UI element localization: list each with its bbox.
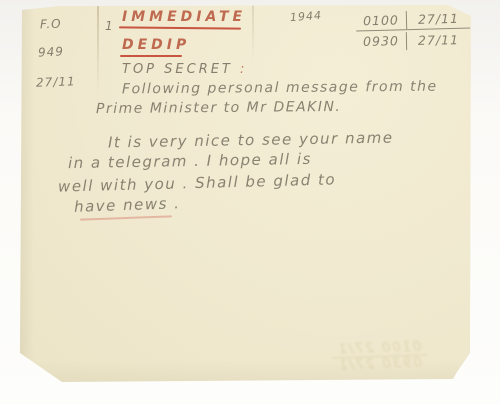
year-mark: 1944	[290, 9, 323, 24]
registry-number: 949	[38, 44, 65, 59]
message-line-4: have news .	[74, 194, 181, 216]
priority-underline	[119, 26, 241, 29]
scanned-document-page: F.O 949 27/11 1 IMMEDIATE 1944 DEDIP 010…	[0, 0, 500, 404]
log-time: 0930	[356, 32, 406, 51]
page-number-mark: 1	[105, 19, 114, 33]
log-time: 0100	[356, 11, 406, 30]
message-line-3: well with you . Shall be glad to	[58, 170, 337, 195]
preamble-line-2: Prime Minister to Mr DEAKIN.	[96, 99, 341, 117]
bleed-through-ghost: 0100 27/1 0930 27/1	[330, 339, 427, 373]
priority-heading: IMMEDIATE	[122, 9, 246, 25]
channel-heading: DEDIP	[122, 37, 190, 53]
classification-label: TOP SECRET	[122, 62, 233, 77]
time-log-row: 0930 27/11	[356, 31, 470, 51]
time-log-row: 0100 27/11	[356, 10, 470, 32]
registry-dept: F.O	[40, 17, 62, 32]
preamble-line-1: Following personal message from the	[122, 79, 438, 98]
telegram-paper-sheet: F.O 949 27/11 1 IMMEDIATE 1944 DEDIP 010…	[20, 5, 472, 386]
channel-underline	[120, 55, 182, 57]
log-date: 27/11	[406, 31, 470, 50]
vertical-fold-crease	[97, 5, 99, 95]
log-date: 27/11	[406, 10, 470, 30]
paper-left-shadow	[20, 5, 34, 386]
classification-colon: :	[240, 62, 247, 77]
vertical-fold-crease-2	[252, 5, 254, 63]
time-log: 0100 27/11 0930 27/11	[356, 11, 470, 50]
message-line-2: in a telegram . I hope all is	[68, 150, 312, 172]
message-line-1: It is very nice to see your name	[108, 129, 394, 152]
faint-red-underline	[80, 215, 172, 220]
registry-date: 27/11	[36, 74, 76, 89]
